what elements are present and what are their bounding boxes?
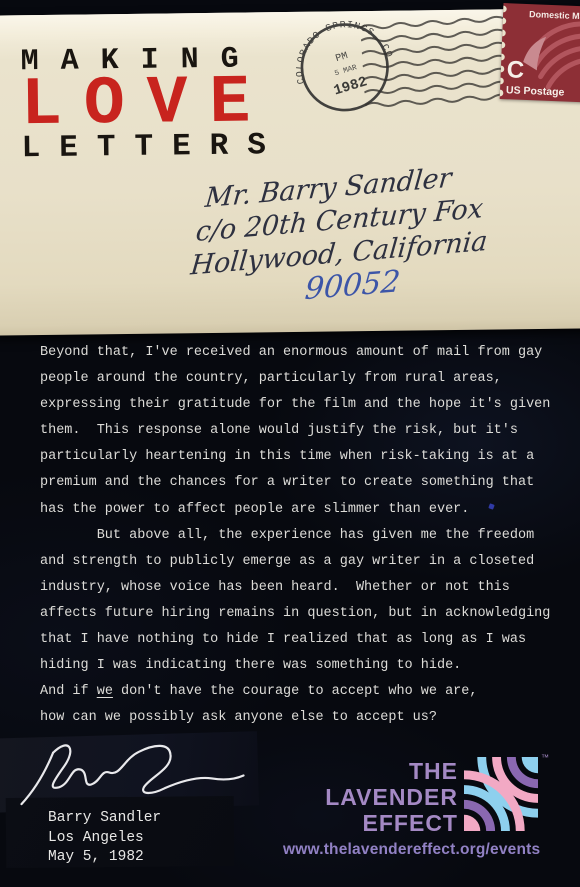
handwritten-address: Mr. Barry Sandler c/o 20th Century Fox H… — [178, 159, 491, 315]
brand-line-effect: EFFECT — [280, 810, 458, 836]
brand-line-the: THE — [280, 758, 458, 784]
brand-line-lavender: LAVENDER — [280, 784, 458, 810]
logo-fan-bottom-left — [464, 770, 525, 831]
signoff-block: Barry Sandler Los Angeles May 5, 1982 — [48, 809, 161, 868]
signoff-date: May 5, 1982 — [48, 849, 144, 865]
letter-line: Beyond that, I've received an enormous a… — [40, 340, 560, 366]
letter-line: But above all, the experience has given … — [40, 523, 560, 549]
stamp-top-label: Domestic Mail — [529, 9, 580, 21]
website-link[interactable]: www.thelavendereffect.org/events — [283, 841, 540, 859]
poster: MAKING LOVE LETTERS COLORADO SPRINGS, CO… — [0, 0, 580, 887]
lavender-effect-wordmark: THE LAVENDER EFFECT — [280, 758, 458, 836]
postmark-date: 5 MAR — [334, 64, 359, 78]
letter-line: that I have nothing to hide I realized t… — [40, 627, 560, 653]
trademark-symbol: ™ — [541, 753, 549, 762]
letter-line: And if we don't have the courage to acce… — [40, 679, 560, 705]
letter-line: hiding I was indicating there was someth… — [40, 653, 560, 679]
letter-line: has the power to affect people are slimm… — [40, 497, 560, 523]
signoff-city: Los Angeles — [48, 830, 144, 846]
letter-line: premium and the chances for a writer to … — [40, 470, 560, 496]
envelope: MAKING LOVE LETTERS COLORADO SPRINGS, CO… — [0, 8, 580, 335]
signoff-name: Barry Sandler — [48, 810, 161, 826]
lavender-effect-logo-icon — [464, 757, 538, 831]
letter-line: people around the country, particularly … — [40, 366, 560, 392]
barry-sandler-signature — [12, 737, 252, 811]
letter-line: them. This response alone would justify … — [40, 418, 560, 444]
letter-line: how can we possibly ask anyone else to a… — [40, 705, 560, 731]
stamp-rate-letter: C — [506, 56, 524, 84]
letter-line: industry, whose voice has been heard. Wh… — [40, 575, 560, 601]
letter-line: expressing their gratitude for the film … — [40, 392, 560, 418]
title-letters: LETTERS — [21, 128, 285, 166]
underlined-word: we — [97, 684, 113, 699]
letter-line: affects future hiring remains in questio… — [40, 601, 560, 627]
postage-stamp: Domestic Mail C US Postage — [500, 3, 580, 103]
letter-body: Beyond that, I've received an enormous a… — [40, 340, 560, 731]
letter-line: and strength to publicly emerge as a gay… — [40, 549, 560, 575]
letter-line: particularly heartening in this time whe… — [40, 444, 560, 470]
postmark-meridiem: PM — [335, 51, 350, 65]
logo-fan-top-right — [477, 757, 538, 818]
stamp-bottom-label: US Postage — [506, 84, 565, 98]
